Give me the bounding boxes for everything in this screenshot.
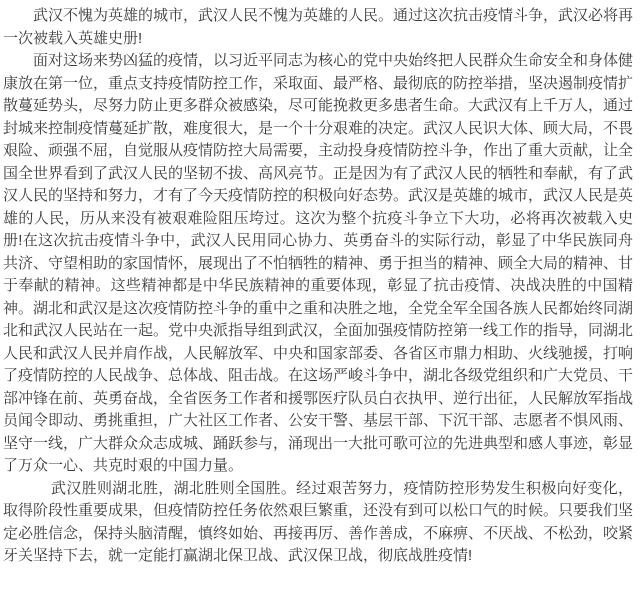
paragraph-2: 面对这场来势凶猛的疫情，以习近平同志为核心的党中央始终把人民群众生命安全和身体健… — [3, 50, 633, 478]
paragraph-1: 武汉不愧为英雄的城市，武汉人民不愧为英雄的人民。通过这次抗击疫情斗争，武汉必将再… — [3, 5, 633, 50]
article-text: 武汉不愧为英雄的城市，武汉人民不愧为英雄的人民。通过这次抗击疫情斗争，武汉必将再… — [3, 5, 633, 568]
paragraph-3: 武汉胜则湖北胜，湖北胜则全国胜。经过艰苦努力，疫情防控形势发生积极向好变化，取得… — [3, 478, 633, 568]
document-page: 武汉不愧为英雄的城市，武汉人民不愧为英雄的人民。通过这次抗击疫情斗争，武汉必将再… — [0, 0, 640, 595]
